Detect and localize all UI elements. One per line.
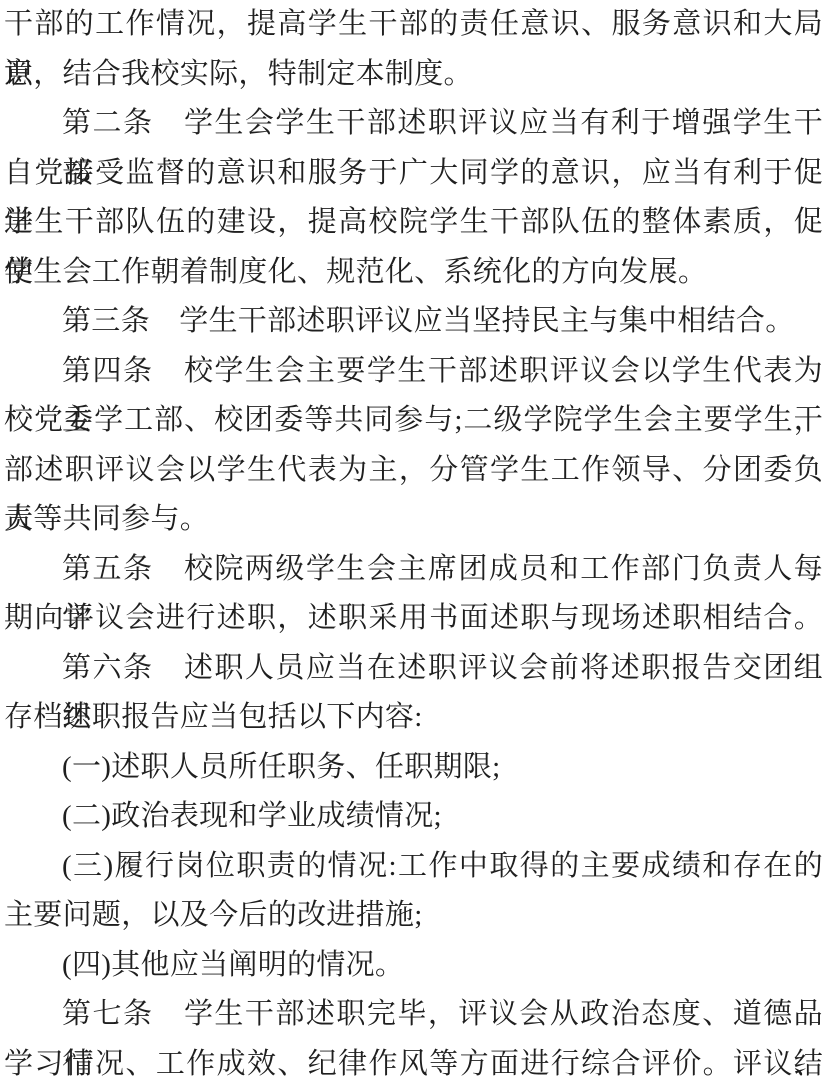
text-line: 人等共同参与。 [4, 495, 823, 545]
text-line: 第七条 学生干部述职完毕，评议会从政治态度、道德品行、 [4, 990, 823, 1040]
text-line: 部述职评议会以学生代表为主，分管学生工作领导、分团委负责 [4, 446, 823, 496]
text-line: 学习情况、工作成效、纪律作风等方面进行综合评价。评议结果 [4, 1040, 823, 1089]
text-line: (三)履行岗位职责的情况:工作中取得的主要成绩和存在的 [4, 842, 823, 892]
text-line: (二)政治表现和学业成绩情况; [4, 792, 823, 842]
text-line: 主要问题，以及今后的改进措施; [4, 891, 823, 941]
text-line: 第五条 校院两级学生会主席团成员和工作部门负责人每学 [4, 545, 823, 595]
text-line: 学生干部队伍的建设，提高校院学生干部队伍的整体素质，促使 [4, 198, 823, 248]
text-line: 第六条 述职人员应当在述职评议会前将述职报告交团组织 [4, 644, 823, 694]
text-line: (四)其他应当阐明的情况。 [4, 941, 823, 991]
text-line: 第三条 学生干部述职评议应当坚持民主与集中相结合。 [4, 297, 823, 347]
text-line: 第四条 校学生会主要学生干部述职评议会以学生代表为主， [4, 347, 823, 397]
text-line: 校党委学工部、校团委等共同参与;二级学院学生会主要学生干 [4, 396, 823, 446]
document-text: 干部的工作情况，提高学生干部的责任意识、服务意识和大局意识，结合我校实际，特制定… [0, 0, 831, 1089]
text-line: 期向评议会进行述职，述职采用书面述职与现场述职相结合。 [4, 594, 823, 644]
text-line: 干部的工作情况，提高学生干部的责任意识、服务意识和大局意 [4, 0, 823, 50]
text-line: 学生会工作朝着制度化、规范化、系统化的方向发展。 [4, 248, 823, 298]
text-line: 自党接受监督的意识和服务于广大同学的意识，应当有利于促进 [4, 149, 823, 199]
document-page: 干部的工作情况，提高学生干部的责任意识、服务意识和大局意识，结合我校实际，特制定… [0, 0, 831, 1089]
text-line: 识，结合我校实际，特制定本制度。 [4, 50, 823, 100]
text-line: (一)述职人员所任职务、任职期限; [4, 743, 823, 793]
text-line: 存档述职报告应当包括以下内容: [4, 693, 823, 743]
text-line: 第二条 学生会学生干部述职评议应当有利于增强学生干部 [4, 99, 823, 149]
